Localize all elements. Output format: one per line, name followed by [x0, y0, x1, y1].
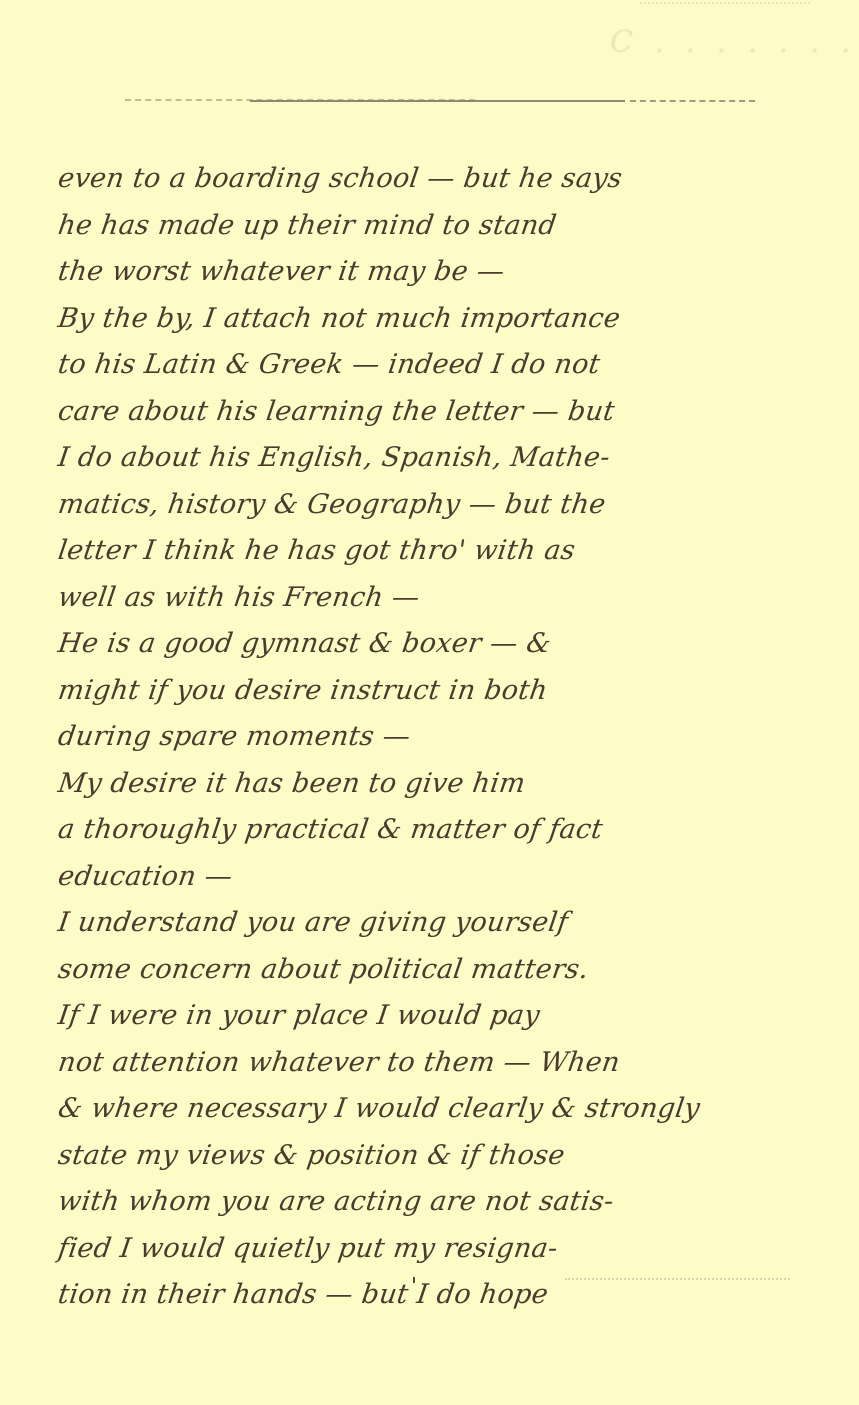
letter-line: the worst whatever it may be — [55, 249, 812, 296]
letter-line: might if you desire instruct in both [55, 668, 812, 715]
letter-line: even to a boarding school — but he says [55, 156, 812, 203]
letter-line: some concern about political matters. [55, 947, 812, 994]
letter-line: fied I would quietly put my resigna- [55, 1226, 812, 1273]
bottom-bleed-marks [565, 1278, 790, 1284]
letter-line: education — [55, 854, 812, 901]
letter-line: he has made up their mind to stand [55, 203, 812, 250]
letter-line: If I were in your place I would pay [55, 993, 812, 1040]
letter-line: well as with his French — [55, 575, 812, 622]
bleed-through-text: C . . . . . . . [610, 25, 855, 70]
letter-line: a thoroughly practical & matter of fact [55, 807, 812, 854]
letter-line: & where necessary I would clearly & stro… [55, 1086, 812, 1133]
letter-line: care about his learning the letter — but [55, 389, 812, 436]
letter-line: with whom you are acting are not satis- [55, 1179, 812, 1226]
header-rule [250, 100, 625, 102]
letter-line: to his Latin & Greek — indeed I do not [55, 342, 812, 389]
letter-line: not attention whatever to them — When [55, 1040, 812, 1087]
bleed-through-marks [640, 2, 810, 16]
letter-line: state my views & position & if those [55, 1133, 812, 1180]
letter-line: during spare moments — [55, 714, 812, 761]
letter-line: My desire it has been to give him [55, 761, 812, 808]
letter-page: C . . . . . . . even to a boarding schoo… [0, 0, 859, 1405]
letter-body: even to a boarding school — but he says … [55, 156, 805, 1319]
letter-line: matics, history & Geography — but the [55, 482, 812, 529]
letter-line: I understand you are giving yourself [55, 900, 812, 947]
ink-speck [413, 1277, 415, 1283]
letter-line: He is a good gymnast & boxer — & [55, 621, 812, 668]
letter-line: By the by, I attach not much importance [55, 296, 812, 343]
header-rule-tail [630, 100, 755, 102]
letter-line: I do about his English, Spanish, Mathe- [55, 435, 812, 482]
letter-line: letter I think he has got thro' with as [55, 528, 812, 575]
